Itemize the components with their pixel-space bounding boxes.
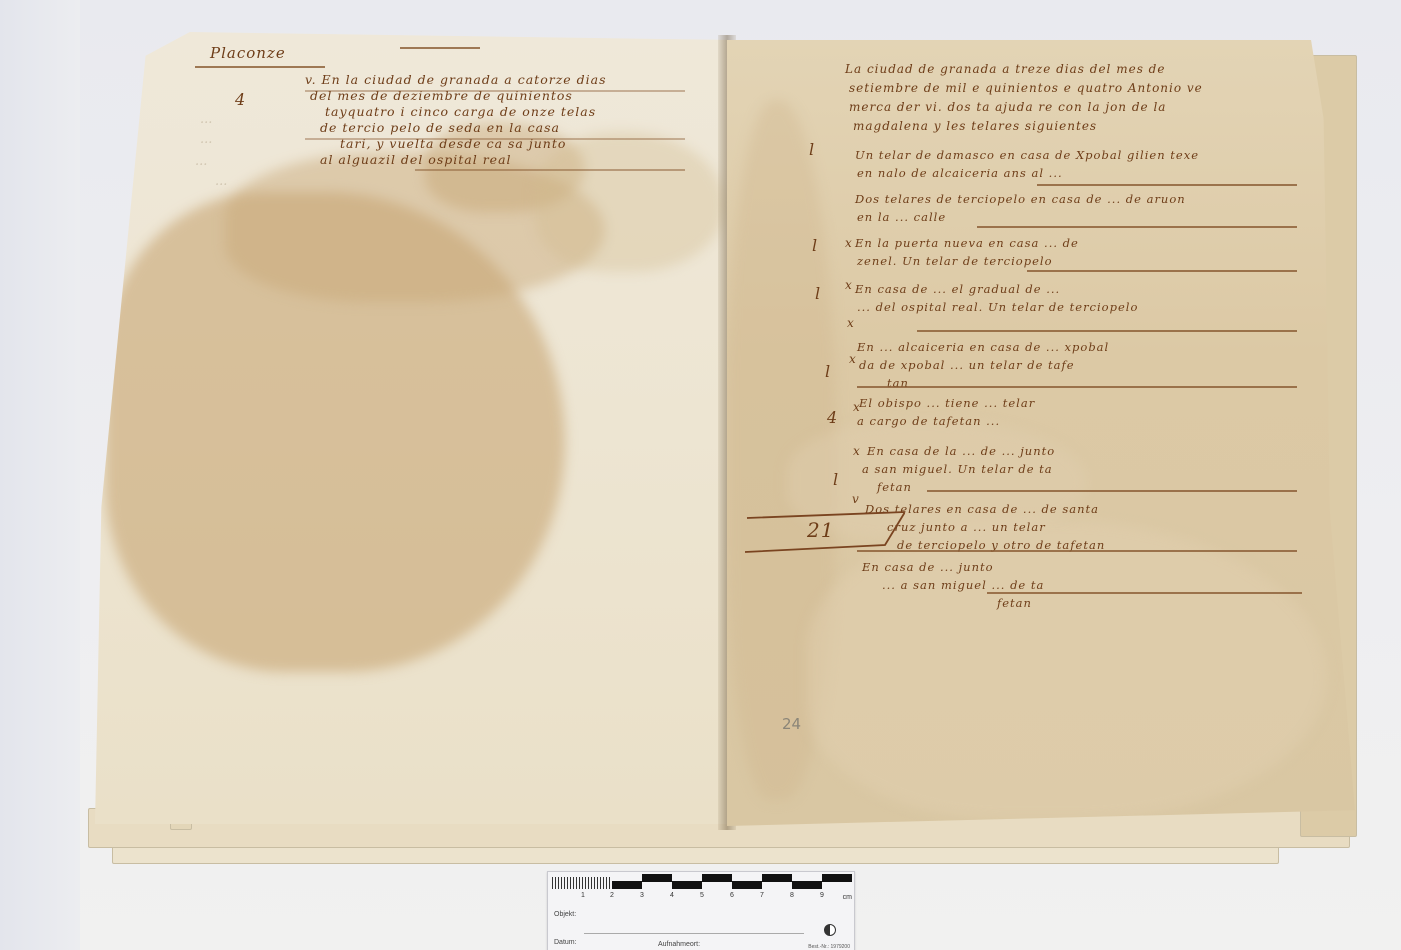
page-heading: Placonze [210, 44, 286, 62]
left-page: Placonze 4 v. En la ciudad de granada a … [95, 32, 727, 824]
scale-tick-label: 2 [610, 892, 614, 899]
text-line: setiembre de mil e quinientos e quatro A… [849, 81, 1203, 95]
text-line: en nalo de alcaiceria ans al ... [857, 166, 1063, 180]
scale-tick-label: 1 [581, 892, 585, 899]
bleed-through-text: ... [215, 174, 227, 189]
text-rule [987, 592, 1302, 594]
bleed-through-text: ... [200, 132, 212, 147]
reference-number: Best.-Nr.: 1979200 [808, 944, 850, 950]
item-mark: x [853, 400, 860, 414]
text-line: en la ... calle [857, 210, 946, 224]
text-line: En la puerta nueva en casa ... de [855, 236, 1079, 250]
top-rule [400, 47, 480, 49]
text-rule [415, 169, 685, 171]
total-box: 21 [745, 510, 895, 550]
margin-mark: 4 [827, 408, 837, 427]
text-rule [857, 386, 1297, 388]
text-line: a san miguel. Un telar de ta [862, 462, 1053, 476]
scale-tick-label: 3 [640, 892, 644, 899]
heading-rule [195, 66, 325, 68]
text-rule [305, 90, 685, 92]
text-line: da de xpobal ... un telar de tafe [859, 358, 1075, 372]
scale-tick-label: 6 [730, 892, 734, 899]
margin-mark: l [833, 470, 838, 489]
text-line: fetan [997, 596, 1032, 610]
text-line: En casa de la ... de ... junto [867, 444, 1055, 458]
text-line: tan [887, 376, 909, 390]
objekt-line [584, 933, 804, 934]
text-rule [1037, 184, 1297, 186]
text-line: En casa de ... junto [862, 560, 994, 574]
text-line: En ... alcaiceria en casa de ... xpobal [857, 340, 1109, 354]
aufnahmeort-label: Aufnahmeort: [658, 941, 700, 948]
scale-bar [548, 873, 854, 889]
scale-tick-label: 5 [700, 892, 704, 899]
objekt-label: Objekt: [554, 911, 576, 918]
text-rule [857, 550, 1297, 552]
text-line: Un telar de damasco en casa de Xpobal gi… [855, 148, 1199, 162]
scale-millimeter-ticks [552, 877, 612, 889]
right-page: La ciudad de granada a treze dias del me… [727, 40, 1355, 826]
text-line: merca der vi. dos ta ajuda re con la jon… [849, 100, 1166, 114]
datum-label: Datum: [554, 939, 577, 946]
text-line: cruz junto a ... un telar [887, 520, 1046, 534]
text-line: de tercio pelo de seda en la casa [320, 120, 560, 135]
text-line: a cargo de tafetan ... [857, 414, 1000, 428]
water-stain [535, 132, 725, 272]
margin-mark: l [809, 140, 814, 159]
text-rule [305, 138, 685, 140]
margin-mark: l [815, 284, 820, 303]
yin-yang-logo-icon [824, 924, 836, 936]
background-shadow [0, 0, 80, 950]
item-mark: x [853, 444, 860, 458]
text-line: ... del ospital real. Un telar de tercio… [857, 300, 1138, 314]
text-line: La ciudad de granada a treze dias del me… [845, 62, 1165, 76]
text-rule [1027, 270, 1297, 272]
item-mark: v [852, 492, 859, 506]
text-line: fetan [877, 480, 912, 494]
text-line: tayquatro i cinco carga de onze telas [325, 104, 596, 119]
text-line: ... a san miguel ... de ta [882, 578, 1044, 592]
scale-tick-label: 4 [670, 892, 674, 899]
text-line: En casa de ... el gradual de ... [855, 282, 1060, 296]
pencil-folio-number: 24 [782, 715, 801, 733]
total-value: 21 [807, 518, 834, 542]
scale-unit: cm [843, 894, 852, 901]
bleed-through-text: ... [195, 154, 207, 169]
item-mark: x [847, 316, 854, 330]
scale-tick-label: 7 [760, 892, 764, 899]
item-mark: x [845, 236, 852, 250]
text-line: magdalena y les telares siguientes [853, 119, 1097, 133]
text-line: al alguazil del ospital real [320, 152, 512, 167]
margin-mark: l [812, 236, 817, 255]
text-line: v. En la ciudad de granada a catorze dia… [305, 72, 607, 87]
item-mark: x [849, 352, 856, 366]
bleed-through-text: ... [200, 112, 212, 127]
scale-reference-card: 1 2 3 4 5 6 7 8 9 cm Objekt: Datum: Aufn… [547, 871, 855, 950]
scale-tick-label: 8 [790, 892, 794, 899]
text-rule [917, 330, 1297, 332]
text-line: zenel. Un telar de terciopelo [857, 254, 1053, 268]
text-rule [977, 226, 1297, 228]
text-rule [927, 490, 1297, 492]
margin-mark: l [825, 362, 830, 381]
item-mark: x [845, 278, 852, 292]
scale-tick-label: 9 [820, 892, 824, 899]
margin-mark: 4 [235, 90, 245, 109]
text-line: Dos telares de terciopelo en casa de ...… [855, 192, 1186, 206]
text-line: El obispo ... tiene ... telar [859, 396, 1035, 410]
